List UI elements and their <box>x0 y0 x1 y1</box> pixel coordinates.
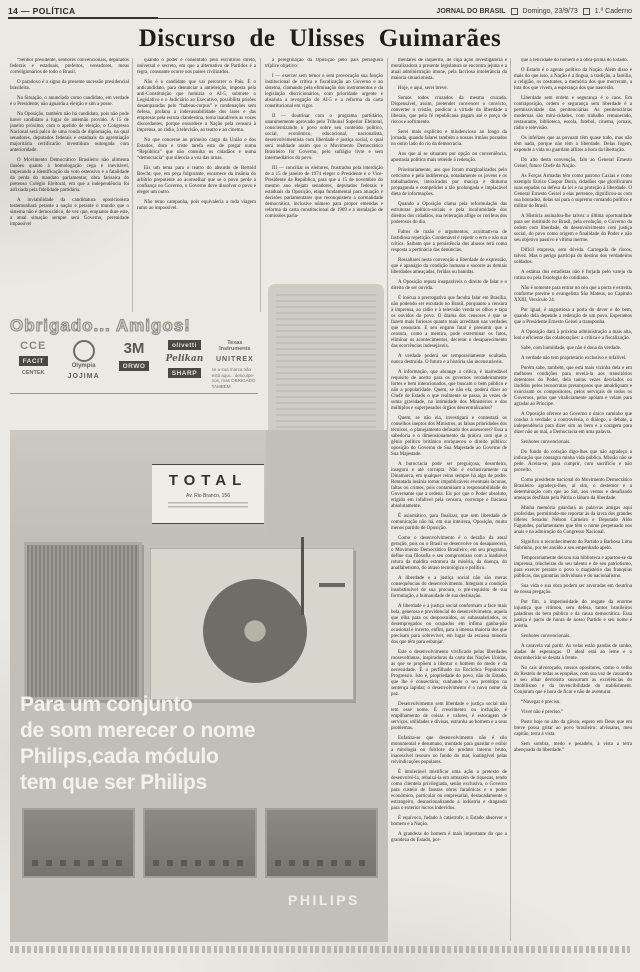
article-paragraph: Senhores convencionais. <box>514 634 632 640</box>
article-column-5: que a felicidade do homem é a obra-prima… <box>514 58 632 942</box>
article-paragraph: A História assinalou-lhe talvez a última… <box>514 214 632 244</box>
article-paragraph: a peregrinação da Oposição pelo país per… <box>265 58 383 70</box>
article-paragraph: Quando a Oposição clama pela reformulaçã… <box>391 202 507 226</box>
logo-column: Texas InstrumentsUNITREXse a sua marca n… <box>212 340 258 389</box>
article-paragraph: Sua vida e sua obra podem ser arvoradas … <box>514 584 632 596</box>
article-paragraph: Por igual, é angustiosa a porta do dever… <box>514 308 632 326</box>
ad-philips: TOTAL Av. Rio Branco, 156 Para um conjun… <box>10 430 388 942</box>
philips-wordmark: PHILIPS <box>288 892 360 908</box>
article-paragraph: Não é somente para entrar no céu que a p… <box>514 286 632 304</box>
logo-column: OlympiaJOJIMA <box>60 340 106 389</box>
brand-logo: Olympia <box>72 340 96 369</box>
stereo-module <box>143 808 256 878</box>
brand-logo: Pelikan <box>166 354 204 364</box>
article-paragraph: A estátua dos estadistas não é forjada p… <box>514 270 632 282</box>
ad-note: se a sua marca não está aqui... desculpe… <box>212 367 258 389</box>
article-column-1: “Senhor presidente, senhores convenciona… <box>10 58 129 312</box>
separator-box-icon <box>511 8 518 15</box>
article-paragraph: Do fundo do coração digo-lhes que não ag… <box>514 450 632 474</box>
article-paragraph: A grandeza do homem é mais importante do… <box>391 832 507 844</box>
article-paragraph: Senhores convencionais. <box>514 440 632 446</box>
article-paragraph: Difícil empresa, sem dúvida. Carregada d… <box>514 248 632 266</box>
article-paragraph: É inócua a prerrogativa que faculta fala… <box>391 296 507 350</box>
turntable-tonearm <box>319 583 345 587</box>
article-paragraph: A verdade poderá ser temporariamente ocu… <box>391 354 507 366</box>
brand-logo: 3M <box>124 340 145 357</box>
article-paragraph: Como presidente nacional do Movimento De… <box>514 478 632 502</box>
article-paragraph: O Estado é o agente político da Nação. A… <box>514 68 632 92</box>
article-paragraph: Sabe, com humildade, que não é dona da v… <box>514 346 632 352</box>
article-paragraph: que a felicidade do homem é a obra-prima… <box>514 58 632 64</box>
section-label: 14 — POLÍTICA <box>8 6 76 16</box>
article-paragraph: A Oposição reputa inseparáveis o direito… <box>391 280 507 292</box>
article-paragraph: A inviabilidade da candidatura oposicion… <box>10 198 129 228</box>
brand-logo: CENTEK <box>22 370 45 376</box>
total-fineprint <box>168 502 248 510</box>
issue-date: Domingo, 23/9/73 <box>523 8 578 15</box>
article-paragraph: Não é o candidato que vai percorrer o Pa… <box>137 80 256 134</box>
stereo-module <box>265 808 378 878</box>
newspaper-page: 14 — POLÍTICA JORNAL DO BRASIL Domingo, … <box>0 0 640 972</box>
article-paragraph: Os infelizes que as povoam têm quase tud… <box>514 136 632 154</box>
article-paragraph: A informação, que abrange a crítica, é i… <box>391 370 507 412</box>
article-paragraph: Quem, se não ela, investigará e contesta… <box>391 416 507 458</box>
article-paragraph: Enfatiza-se que desenvolvimento não é si… <box>391 736 507 766</box>
total-store-name: TOTAL <box>152 472 264 489</box>
edition-label: 1.º Caderno <box>595 8 632 15</box>
article-paragraph: É intolerável mistificar uma ação a pret… <box>391 770 507 812</box>
article-column-2: quando o poder é consentido pelo escrutí… <box>137 58 256 312</box>
brand-logo-grid: CCEFACITCENTEKOlympiaJOJIMA3MORWOolivett… <box>10 340 258 394</box>
logo-column: olivettiPelikanSHARP <box>161 340 207 389</box>
article-paragraph: Liberdade sem ordem e segurança é o caos… <box>514 96 632 132</box>
footer-fineprint <box>10 946 630 953</box>
article-paragraph: Do alto desta convenção, falo ao General… <box>514 158 632 170</box>
article-paragraph: Sem sombra, medo e pesadelo, à vista a t… <box>514 742 632 754</box>
article-paragraph: O paradoxo é o signo da presente sucessã… <box>10 80 129 92</box>
article-paragraph: quando o poder é consentido pelo escrutí… <box>137 58 256 76</box>
total-address: Av. Rio Branco, 156 <box>152 493 264 499</box>
article-paragraph: Minha memória guardará as palavras amiga… <box>514 506 632 536</box>
article-paragraph: A liberdade e a justiça social conformam… <box>391 604 507 646</box>
article-paragraph: Significo o reconhecimento do Partido a … <box>514 540 632 552</box>
brand-logo: JOJIMA <box>68 373 100 380</box>
article-paragraph: III — conciliar os eleitores, frustrados… <box>265 166 383 220</box>
article-paragraph: Faltos de razão e argumentos, acoimam-na… <box>391 230 507 254</box>
article-paragraph: Somos todos cruzados da mesma cruzada. D… <box>391 96 507 126</box>
philips-headline-line: Philips,cada módulo <box>20 744 270 770</box>
header-rule-heavy <box>8 17 158 20</box>
ad-obrigado-title: Obrigado... Amigos! <box>10 316 258 336</box>
philips-headline: Para um conjuntode som merecer o nomePhi… <box>20 692 270 796</box>
article-paragraph: mentares de inquérito, de cuja ação inve… <box>391 58 507 82</box>
column-rule <box>132 58 133 312</box>
article-paragraph: I — exercer sem temor e sem provocação s… <box>265 74 383 110</box>
brand-logo: olivetti <box>168 340 201 350</box>
article-paragraph: Na Situação, o anunciado como candidato,… <box>10 96 129 108</box>
separator-box-icon <box>583 8 590 15</box>
article-column-4: mentares de inquérito, de cuja ação inve… <box>391 58 507 942</box>
article-paragraph: A Oposição oferece ao Governo o único ca… <box>514 412 632 436</box>
article-paragraph: Serei mais explícito e miudencioso ao lo… <box>391 130 507 148</box>
brand-logo: ORWO <box>119 361 150 371</box>
article-paragraph: Temporariamente deixou sua biblioteca e … <box>514 556 632 580</box>
turntable-photo <box>150 548 354 700</box>
article-column-3: a peregrinação da Oposição pelo país per… <box>265 58 383 264</box>
speaker-photo <box>24 542 142 700</box>
article-paragraph: No que concerne ao primeiro cargo da Uni… <box>137 138 256 162</box>
ad-total: TOTAL Av. Rio Branco, 156 <box>152 464 264 524</box>
article-paragraph: Por fim, a imperiosidade do resgate da e… <box>514 600 632 630</box>
article-paragraph: No cais alvoroçado, nossos opositores, c… <box>514 666 632 696</box>
brand-logo: FACIT <box>19 356 48 366</box>
brand-logo: UNITREX <box>216 356 254 363</box>
article-paragraph: Aos que aí se situaram por opção ou conv… <box>391 152 507 164</box>
article-paragraph: A liberdade e a justiça social não são m… <box>391 576 507 600</box>
olympia-ring-icon <box>73 340 95 362</box>
article-paragraph: II — doutrinar com o programa partidário… <box>265 114 383 162</box>
stereo-module <box>22 808 135 878</box>
article-headline: Discurso de Ulisses Guimarães <box>0 25 640 53</box>
article-paragraph: Desenvolvimento sem liberdade e justiça … <box>391 702 507 732</box>
ad-obrigado-amigos: Obrigado... Amigos! CCEFACITCENTEKOlympi… <box>10 316 258 428</box>
brand-logo: SHARP <box>168 368 201 378</box>
article-paragraph: “Senhor presidente, senhores convenciona… <box>10 58 129 76</box>
article-paragraph: Prioritariamente, aos que foram marginal… <box>391 168 507 198</box>
article-paragraph: A Oposição dará à próxima administração … <box>514 330 632 342</box>
brand-logo: CCE <box>20 340 46 352</box>
article-paragraph: A caravela vai partir. As velas estão pa… <box>514 644 632 662</box>
philips-headline-line: de som merecer o nome <box>20 718 270 744</box>
article-paragraph: A burocracia pode ser preguiçosa, desord… <box>391 462 507 510</box>
article-paragraph: Ressaltarei nesta convenção a liberdade … <box>391 258 507 276</box>
logo-column: 3MORWO <box>111 340 157 389</box>
column-rule <box>510 58 511 941</box>
philips-headline-line: tem que ser Philips <box>20 770 270 796</box>
article-paragraph: Não temo campanha, pois equivaleria a to… <box>137 200 256 212</box>
philips-headline-line: Para um conjunto <box>20 692 270 718</box>
article-paragraph: Posto hoje no alto da gávea, espero em D… <box>514 720 632 738</box>
article-paragraph: Na Oposição, também não há candidato, po… <box>10 112 129 154</box>
article-paragraph: O Movimento Democrático Brasileiro não a… <box>10 158 129 194</box>
article-paragraph: A verdade não tem proprietário exclusivo… <box>514 356 632 362</box>
article-paragraph: Viver não é preciso.” <box>514 710 632 716</box>
article-paragraph: Hoje, e aqui, serei breve. <box>391 86 507 92</box>
turntable-platter <box>203 579 307 683</box>
logo-column: CCEFACITCENTEK <box>10 340 56 389</box>
newspaper-title: JORNAL DO BRASIL <box>436 8 505 15</box>
stereo-modules-photo <box>22 808 378 878</box>
masthead-row: 14 — POLÍTICA JORNAL DO BRASIL Domingo, … <box>8 5 632 17</box>
article-paragraph: É equívoco, fadado à catástrofe, o Estad… <box>391 816 507 828</box>
article-paragraph: “Navegar é preciso. <box>514 700 632 706</box>
article-paragraph: Porém sabe, também, que está mais vizinh… <box>514 366 632 408</box>
article-paragraph: Eis um tema para o teatro do absurdo de … <box>137 166 256 196</box>
column-rule <box>260 58 261 312</box>
article-paragraph: É axiomático, para finalizar, que sem li… <box>391 514 507 532</box>
article-paragraph: Este o desenvolvimento vivificado pelas … <box>391 650 507 698</box>
article-paragraph: As Forças Armadas têm como patrono Caxia… <box>514 174 632 210</box>
article-paragraph: Como o desenvolvimento é o desafio da at… <box>391 536 507 572</box>
brand-logo: Texas Instruments <box>212 340 258 352</box>
turntable-spindle <box>301 537 304 615</box>
